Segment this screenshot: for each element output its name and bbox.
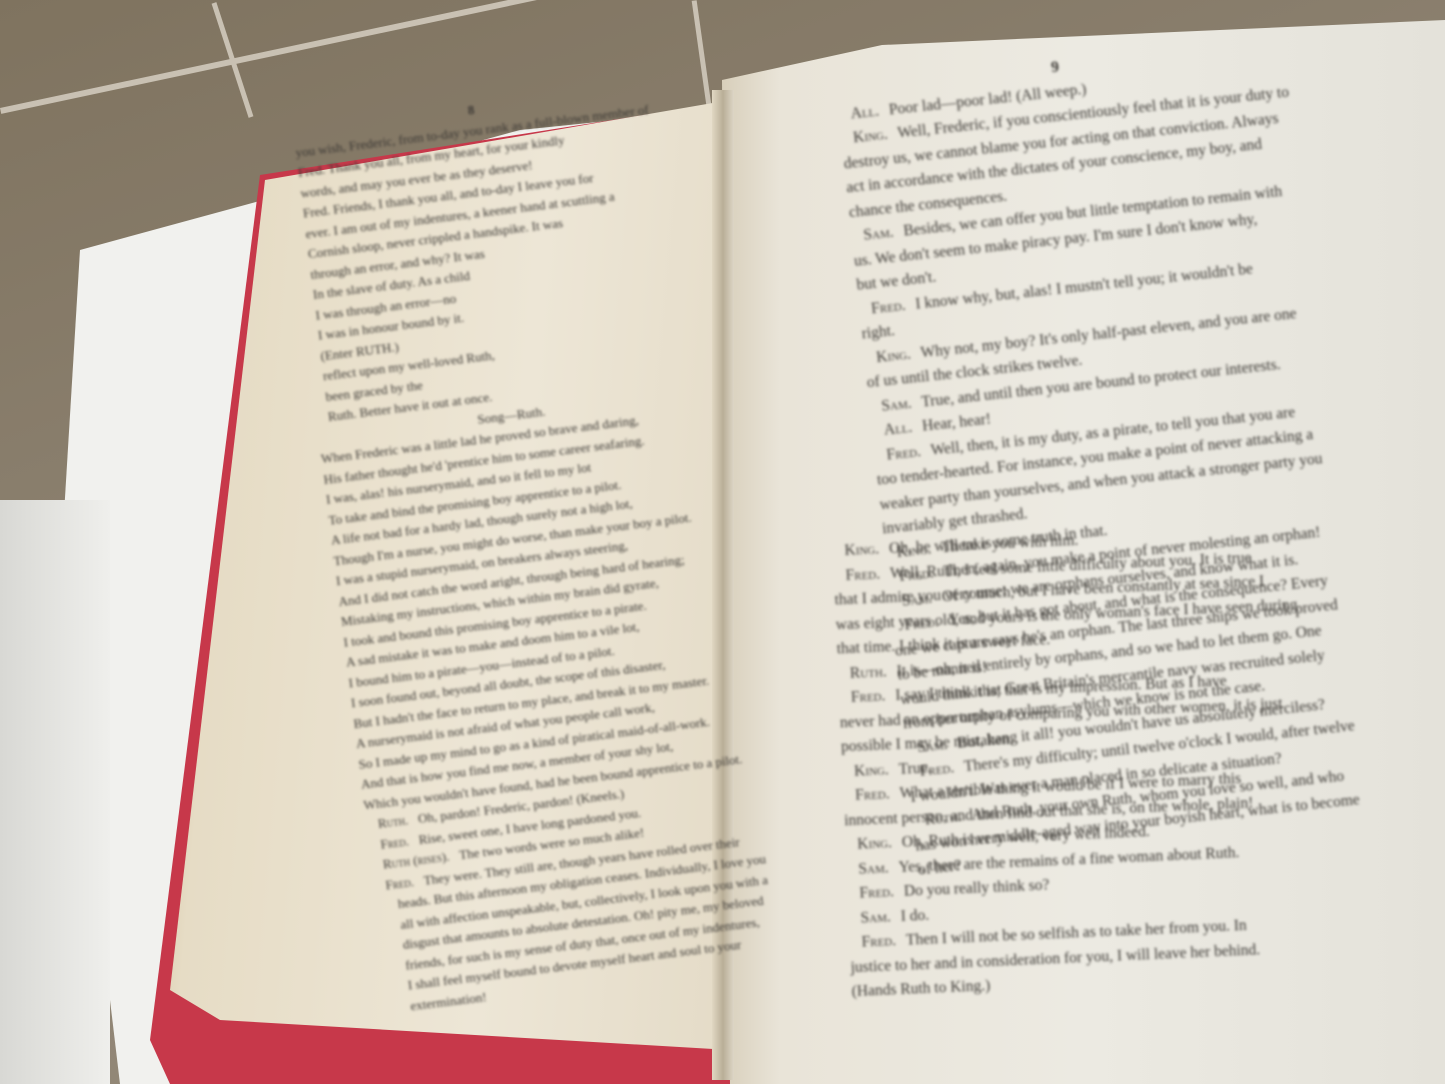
speaker-name <box>840 959 841 976</box>
dialogue-text: possible I may be mistaken. <box>841 731 1014 756</box>
dialogue-text: but we don't. <box>856 269 937 294</box>
speaker-name <box>400 999 402 1014</box>
speaker-name <box>387 897 389 912</box>
dialogue-text: Hear, hear! <box>921 411 991 435</box>
speaker-name <box>392 938 394 953</box>
speaker-name: King. <box>854 761 889 779</box>
speaker-name: Fred. <box>861 932 896 950</box>
speaker-name: King. <box>875 345 911 366</box>
speaker-name: Fred. <box>859 883 894 901</box>
table-edge <box>0 500 110 1084</box>
speaker-name <box>826 641 827 658</box>
speaker-name <box>390 918 392 933</box>
dialogue-text: that time. I think it is a sweet face. <box>836 631 1050 657</box>
speaker-name: Fred. <box>851 687 886 705</box>
speaker-name: Sam. <box>880 394 912 414</box>
speaker-name <box>834 812 835 829</box>
tile-grout <box>692 0 714 120</box>
speaker-name: Fred. <box>380 833 410 851</box>
speaker-name <box>825 616 826 633</box>
speaker-name <box>830 714 831 731</box>
speaker-name: Fred. <box>385 874 415 892</box>
dialogue-text: right. <box>861 322 896 342</box>
dialogue-text: I do. <box>900 906 929 924</box>
speaker-name: All. <box>850 102 880 122</box>
speaker-name: Fred. <box>870 296 906 317</box>
speaker-name: All. <box>883 419 913 439</box>
speaker-name <box>841 984 842 1001</box>
speaker-name: King. <box>857 834 892 852</box>
speaker-name: Sam. <box>863 224 895 244</box>
dialogue-text: Oh, he will take you with him. <box>889 532 1079 557</box>
speaker-name: Ruth. <box>849 663 887 682</box>
speaker-name <box>397 979 399 994</box>
dialogue-text: True. <box>898 759 931 777</box>
speaker-name: King. <box>844 541 879 559</box>
dialogue-text: Do you really think so? <box>904 876 1050 899</box>
speaker-name <box>395 959 397 974</box>
speaker-name <box>831 739 832 756</box>
speaker-name: Ruth. <box>377 812 409 831</box>
tile-grout <box>0 0 549 114</box>
speaker-name: King. <box>852 126 888 147</box>
right-page-text-bottom: King.Oh, he will take you with him.Fred.… <box>822 519 1314 1005</box>
speaker-name <box>824 592 825 609</box>
speaker-name: Sam. <box>860 908 891 926</box>
dialogue-text: It is—oh, it is! <box>896 658 987 679</box>
speaker-name: Fred. <box>886 443 922 464</box>
speaker-name: Sam. <box>858 859 889 877</box>
dialogue-text: (Hands Ruth to King.) <box>851 977 990 1000</box>
speaker-name: Fred. <box>855 785 890 803</box>
speaker-name: Fred. <box>845 565 880 583</box>
